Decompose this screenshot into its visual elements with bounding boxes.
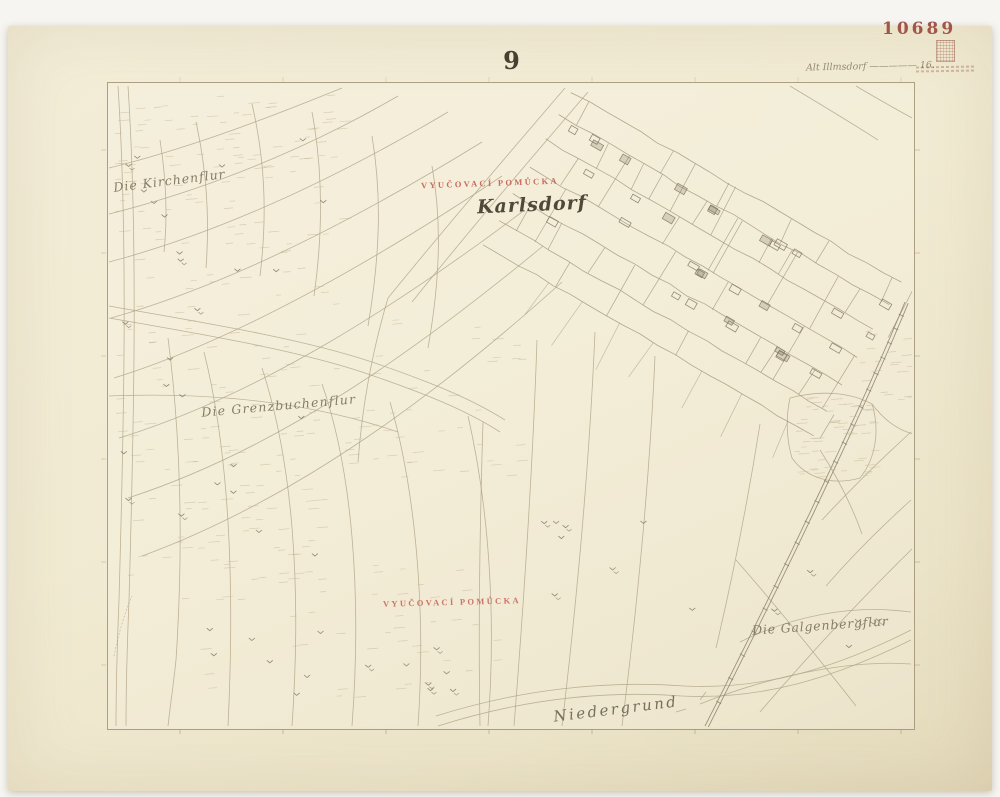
archive-stamp-icon <box>936 40 955 62</box>
archive-stamp-caption <box>916 65 976 74</box>
scan-background: { "page": { "sheet_number": "9", "invent… <box>0 0 1000 797</box>
sheet-number: 9 <box>490 46 534 75</box>
inventory-number: 10689 <box>882 19 956 39</box>
